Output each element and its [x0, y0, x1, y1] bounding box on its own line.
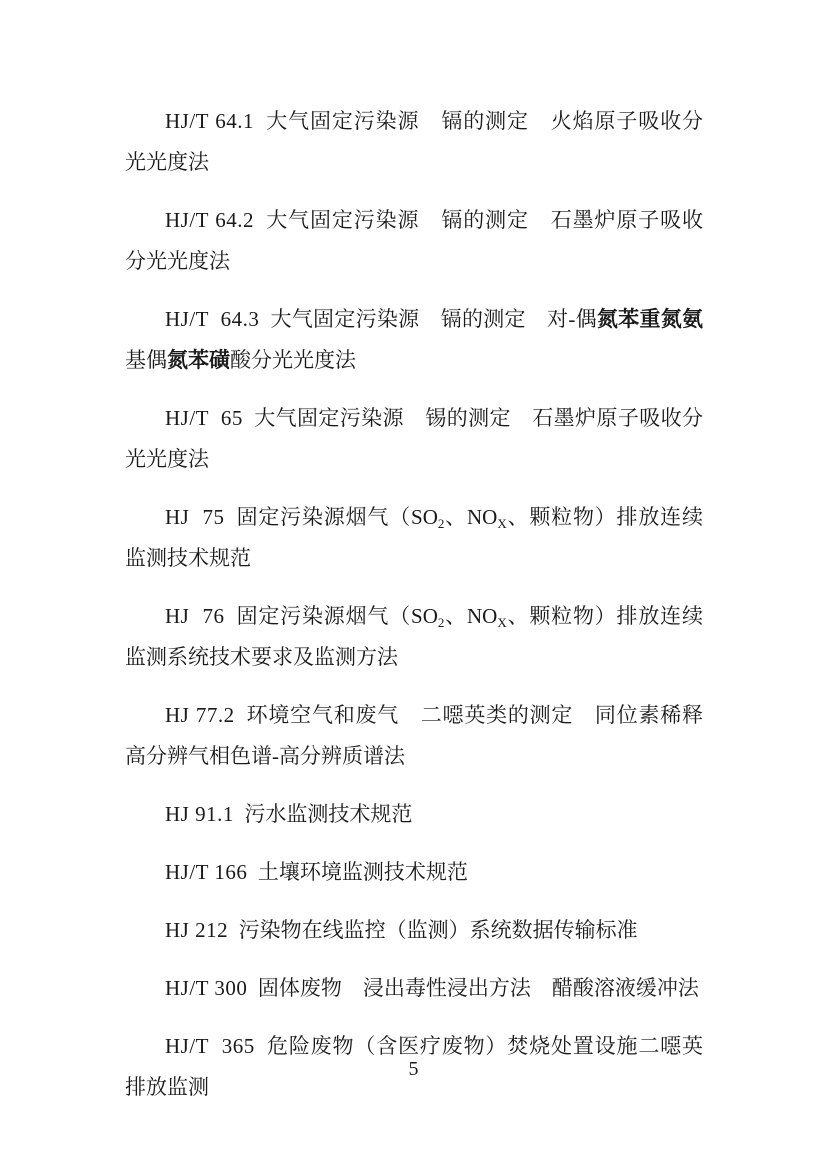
standard-paragraph: HJ 77.2 环境空气和废气 二噁英类的测定 同位素稀释高分辨气相色谱-高分辨…	[125, 695, 703, 777]
standard-title-text: 酸分光光度法	[230, 348, 356, 372]
standard-paragraph: HJ 91.1 污水监测技术规范	[125, 794, 703, 835]
standard-code: HJ 212	[165, 918, 228, 942]
standard-title-text: 污水监测技术规范	[234, 802, 413, 826]
standard-paragraph: HJ 76 固定污染源烟气（SO2、NOX、颗粒物）排放连续监测系统技术要求及监…	[125, 596, 703, 678]
standard-code: HJ 77.2	[165, 703, 235, 727]
bold-text: 氮苯磺	[167, 348, 230, 372]
standard-code: HJ/T 64.3	[165, 307, 259, 331]
standard-title-text: 固定污染源烟气（SO	[224, 604, 437, 628]
standard-title-text: 土壤环境监测技术规范	[247, 860, 468, 884]
standard-paragraph: HJ/T 300 固体废物 浸出毒性浸出方法 醋酸溶液缓冲法	[125, 968, 703, 1009]
standard-paragraph: HJ/T 64.1 大气固定污染源 镉的测定 火焰原子吸收分光光度法	[125, 101, 703, 183]
standard-paragraph: HJ/T 64.2 大气固定污染源 镉的测定 石墨炉原子吸收分光光度法	[125, 200, 703, 282]
standards-list: HJ/T 64.1 大气固定污染源 镉的测定 火焰原子吸收分光光度法HJ/T 6…	[125, 101, 703, 1125]
standard-code: HJ/T 64.2	[165, 208, 254, 232]
standard-title-text: 、NO	[444, 604, 497, 628]
subscript-text: X	[497, 615, 506, 630]
standard-code: HJ 76	[165, 604, 224, 628]
standard-code: HJ/T 365	[165, 1034, 255, 1058]
standard-code: HJ 75	[165, 505, 224, 529]
standard-code: HJ/T 65	[165, 406, 243, 430]
standard-title-text: 、NO	[444, 505, 497, 529]
page-footer: 5	[0, 1058, 827, 1081]
standard-paragraph: HJ 212 污染物在线监控（监测）系统数据传输标准	[125, 910, 703, 951]
bold-text: 氮苯重氮氨	[597, 307, 703, 331]
standard-paragraph: HJ/T 65 大气固定污染源 锡的测定 石墨炉原子吸收分光光度法	[125, 398, 703, 480]
standard-title-text: 固体废物 浸出毒性浸出方法 醋酸溶液缓冲法	[247, 976, 699, 1000]
standard-code: HJ 91.1	[165, 802, 234, 826]
standard-paragraph: HJ/T 64.3 大气固定污染源 镉的测定 对-偶氮苯重氮氨基偶氮苯磺酸分光光…	[125, 299, 703, 381]
page-number: 5	[409, 1058, 419, 1080]
standard-paragraph: HJ 75 固定污染源烟气（SO2、NOX、颗粒物）排放连续监测技术规范	[125, 497, 703, 579]
standard-title-text: 污染物在线监控（监测）系统数据传输标准	[228, 918, 638, 942]
standard-code: HJ/T 64.1	[165, 109, 254, 133]
standard-code: HJ/T 166	[165, 860, 247, 884]
standard-code: HJ/T 300	[165, 976, 247, 1000]
standard-title-text: 基偶	[125, 348, 167, 372]
standard-paragraph: HJ/T 166 土壤环境监测技术规范	[125, 852, 703, 893]
subscript-text: X	[497, 516, 506, 531]
standard-title-text: 大气固定污染源 镉的测定 对-偶	[259, 307, 596, 331]
standard-title-text: 固定污染源烟气（SO	[224, 505, 437, 529]
document-page: HJ/T 64.1 大气固定污染源 镉的测定 火焰原子吸收分光光度法HJ/T 6…	[0, 0, 827, 1169]
